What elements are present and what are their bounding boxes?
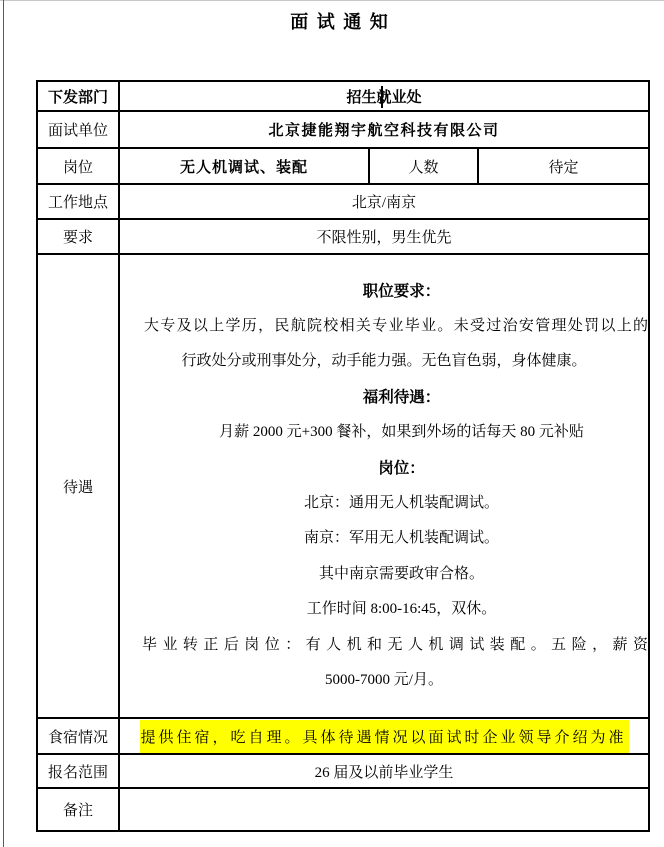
- benefits-line: 南京：军用无人机装配调试。: [120, 521, 648, 556]
- benefits-line: 5000-7000 元/月。: [120, 663, 648, 698]
- company-label[interactable]: 面试单位: [37, 111, 119, 148]
- text-cursor: [381, 86, 383, 108]
- position-value[interactable]: 无人机调试、装配: [119, 148, 369, 184]
- row-scope: 报名范围 26 届及以前毕业学生: [37, 754, 649, 788]
- benefits-line: 其中南京需要政审合格。: [120, 557, 648, 592]
- scope-label[interactable]: 报名范围: [37, 754, 119, 788]
- issuing-dept-text-after: 就业处: [377, 90, 422, 106]
- headcount-label[interactable]: 人数: [369, 148, 478, 184]
- row-benefits: 待遇 职位要求：大专及以上学历，民航院校相关专业毕业。未受过治安管理处罚以上的行…: [37, 254, 649, 718]
- company-value[interactable]: 北京捷能翔宇航空科技有限公司: [119, 111, 649, 148]
- page-left-edge-line: [3, 0, 4, 847]
- row-lodging: 食宿情况 提供住宿，吃自理。具体待遇情况以面试时企业领导介绍为准: [37, 718, 649, 754]
- benefits-line: 大专及以上学历，民航院校相关专业毕业。未受过治安管理处罚以上的: [120, 309, 648, 344]
- benefits-line: 北京：通用无人机装配调试。: [120, 486, 648, 521]
- notice-table: 下发部门 招生就业处 面试单位 北京捷能翔宇航空科技有限公司 岗位 无人机调试、…: [36, 80, 650, 832]
- lodging-highlighted-text: 提供住宿，吃自理。具体待遇情况以面试时企业领导介绍为准: [140, 720, 629, 753]
- issuing-dept-text-before: 招生: [346, 90, 376, 106]
- lodging-label[interactable]: 食宿情况: [37, 718, 119, 754]
- benefits-line: 职位要求：: [120, 274, 648, 309]
- benefits-line: 福利待遇：: [120, 380, 648, 415]
- lodging-value-cell[interactable]: 提供住宿，吃自理。具体待遇情况以面试时企业领导介绍为准: [119, 718, 649, 754]
- row-issuing-dept: 下发部门 招生就业处: [37, 81, 649, 111]
- benefits-line: 行政处分或刑事处分，动手能力强。无色盲色弱，身体健康。: [120, 344, 648, 379]
- row-location: 工作地点 北京/南京: [37, 184, 649, 219]
- remark-label[interactable]: 备注: [37, 788, 119, 831]
- document-page: 面 试 通 知 下发部门 招生就业处 面试单位 北京捷能翔宇航空科技有限公司 岗…: [0, 0, 664, 847]
- issuing-dept-label[interactable]: 下发部门: [37, 81, 119, 111]
- page-top-edge-line: [0, 0, 664, 1]
- requirement-value[interactable]: 不限性别，男生优先: [119, 219, 649, 254]
- row-company: 面试单位 北京捷能翔宇航空科技有限公司: [37, 111, 649, 148]
- location-value[interactable]: 北京/南京: [119, 184, 649, 219]
- row-remark: 备注: [37, 788, 649, 831]
- benefits-content[interactable]: 职位要求：大专及以上学历，民航院校相关专业毕业。未受过治安管理处罚以上的行政处分…: [119, 254, 649, 718]
- requirement-label[interactable]: 要求: [37, 219, 119, 254]
- benefits-line: 月薪 2000 元+300 餐补，如果到外场的话每天 80 元补贴: [120, 415, 648, 450]
- issuing-dept-value[interactable]: 招生就业处: [119, 81, 649, 111]
- benefits-line: 工作时间 8:00-16:45，双休。: [120, 592, 648, 627]
- scope-value[interactable]: 26 届及以前毕业学生: [119, 754, 649, 788]
- benefits-line: 岗位：: [120, 451, 648, 486]
- location-label[interactable]: 工作地点: [37, 184, 119, 219]
- remark-value[interactable]: [119, 788, 649, 831]
- row-requirement: 要求 不限性别，男生优先: [37, 219, 649, 254]
- benefits-line: 毕业转正后岗位：有人机和无人机调试装配。五险，薪资: [120, 628, 648, 663]
- position-label[interactable]: 岗位: [37, 148, 119, 184]
- document-title[interactable]: 面 试 通 知: [0, 8, 664, 34]
- row-position: 岗位 无人机调试、装配 人数 待定: [37, 148, 649, 184]
- headcount-value[interactable]: 待定: [478, 148, 649, 184]
- benefits-label[interactable]: 待遇: [37, 254, 119, 718]
